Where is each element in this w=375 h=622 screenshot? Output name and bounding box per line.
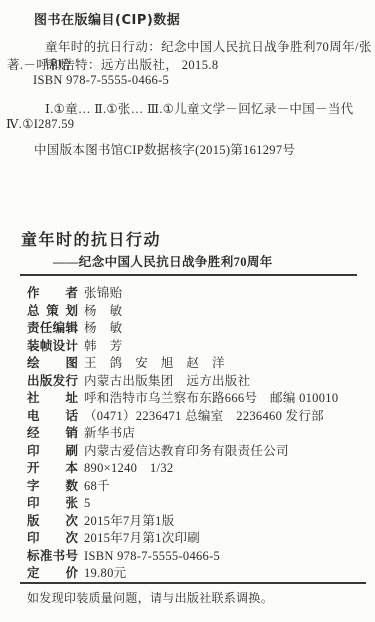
divider-bottom (20, 582, 366, 584)
colophon-row-label: 社址 (27, 388, 78, 406)
colophon-row-value: 68千 (84, 476, 110, 494)
colophon-row-value: 2015年7月第1次印刷 (84, 528, 200, 546)
colophon-row-value: ISBN 978-7-5555-0466-5 (84, 549, 220, 564)
copyright-page: 图书在版编目(CIP)数据 童年时的抗日行动：纪念中国人民抗日战争胜利70周年/… (0, 0, 375, 622)
colophon-row: 装帧设计 韩 芳 (27, 336, 357, 354)
colophon-row: 绘图 王 鸽 安 旭 赵 洋 (27, 353, 357, 371)
book-title: 童年时的抗日行动 (21, 227, 161, 250)
colophon-row-label: 开本 (27, 458, 78, 476)
colophon-row-label: 版次 (27, 511, 78, 529)
colophon-row: 定价 19.80元 (27, 563, 357, 581)
cip-record-number: 中国版本图书馆CIP数据核字(2015)第161297号 (34, 140, 295, 158)
colophon-row: 字数 68千 (27, 476, 357, 494)
colophon-row-value: 韩 芳 (84, 336, 122, 354)
colophon-row: 版次 2015年7月第1版 (27, 511, 357, 529)
cip-heading: 图书在版编目(CIP)数据 (34, 9, 180, 28)
colophon-row-value: 19.80元 (84, 563, 126, 581)
colophon-row-value: 5 (84, 496, 91, 511)
colophon-row: 电话 （0471）2236471 总编室 2236460 发行部 (27, 406, 357, 424)
colophon-row-label: 印次 (27, 528, 78, 546)
colophon-row: 印次 2015年7月第1次印刷 (27, 528, 357, 546)
colophon-row: 印刷 内蒙古爱信达教育印务有限责任公司 (27, 441, 357, 459)
colophon-row-label: 作者 (27, 283, 78, 301)
divider-top (20, 274, 357, 276)
colophon-row: 经销 新华书店 (27, 423, 357, 441)
colophon-row-label: 印刷 (27, 441, 78, 459)
colophon-row-value: 张锦贻 (84, 283, 122, 301)
colophon-row: 出版发行 内蒙古出版集团 远方出版社 (27, 371, 357, 389)
colophon-row-label: 标准书号 (27, 546, 78, 564)
cip-isbn-line: ISBN 978-7-5555-0466-5 (33, 73, 169, 88)
colophon-row-label: 绘图 (27, 353, 78, 371)
colophon-row-value: 王 鸽 安 旭 赵 洋 (84, 353, 225, 371)
cip-classification-line2: Ⅳ.①I287.59 (6, 116, 74, 132)
cip-entry-line2: 著.－呼和浩特：远方出版社， 2015.8 (7, 55, 219, 73)
colophon-row: 标准书号 ISBN 978-7-5555-0466-5 (27, 546, 357, 564)
colophon-row-value: 890×1240 1/32 (84, 458, 173, 476)
colophon-row-value: （0471）2236471 总编室 2236460 发行部 (84, 406, 324, 424)
colophon-row-label: 字数 (27, 476, 78, 494)
colophon-row-value: 2015年7月第1版 (84, 511, 175, 529)
colophon-row-label: 定价 (27, 563, 78, 581)
cip-classification-line1: Ⅰ.①童… Ⅱ.①张… Ⅲ.①儿童文学－回忆录－中国－当代 (45, 99, 353, 117)
colophon-row-value: 新华书店 (84, 423, 135, 441)
book-subtitle: ——纪念中国人民抗日战争胜利70周年 (53, 252, 273, 270)
colophon-row: 作者 张锦贻 (27, 283, 357, 301)
colophon-row-value: 呼和浩特市乌兰察布东路666号 邮编 010010 (84, 388, 338, 406)
colophon-row-label: 电话 (27, 406, 78, 424)
colophon-row-label: 装帧设计 (27, 336, 78, 354)
colophon-row: 责任编辑 杨 敏 (27, 318, 357, 336)
colophon-rows: 作者 张锦贻 总策划 杨 敏 责任编辑 杨 敏 装帧设计 韩 芳 绘图 王 鸽 … (27, 283, 357, 581)
colophon-row: 总策划 杨 敏 (27, 301, 357, 319)
colophon-row-value: 杨 敏 (84, 301, 122, 319)
colophon-row-value: 内蒙古出版集团 远方出版社 (84, 371, 250, 389)
colophon-row-label: 印张 (27, 493, 78, 511)
colophon-row-label: 责任编辑 (27, 318, 78, 336)
colophon-row: 开本 890×1240 1/32 (27, 458, 357, 476)
colophon-row-label: 出版发行 (27, 371, 78, 389)
quality-notice: 如发现印装质量问题，请与出版社联系调换。 (27, 589, 273, 606)
colophon-row-label: 经销 (27, 423, 78, 441)
colophon-row: 社址 呼和浩特市乌兰察布东路666号 邮编 010010 (27, 388, 357, 406)
colophon-row: 印张 5 (27, 493, 357, 511)
colophon-row-label: 总策划 (27, 301, 78, 319)
colophon-row-value: 内蒙古爱信达教育印务有限责任公司 (84, 441, 289, 459)
colophon-row-value: 杨 敏 (84, 318, 122, 336)
